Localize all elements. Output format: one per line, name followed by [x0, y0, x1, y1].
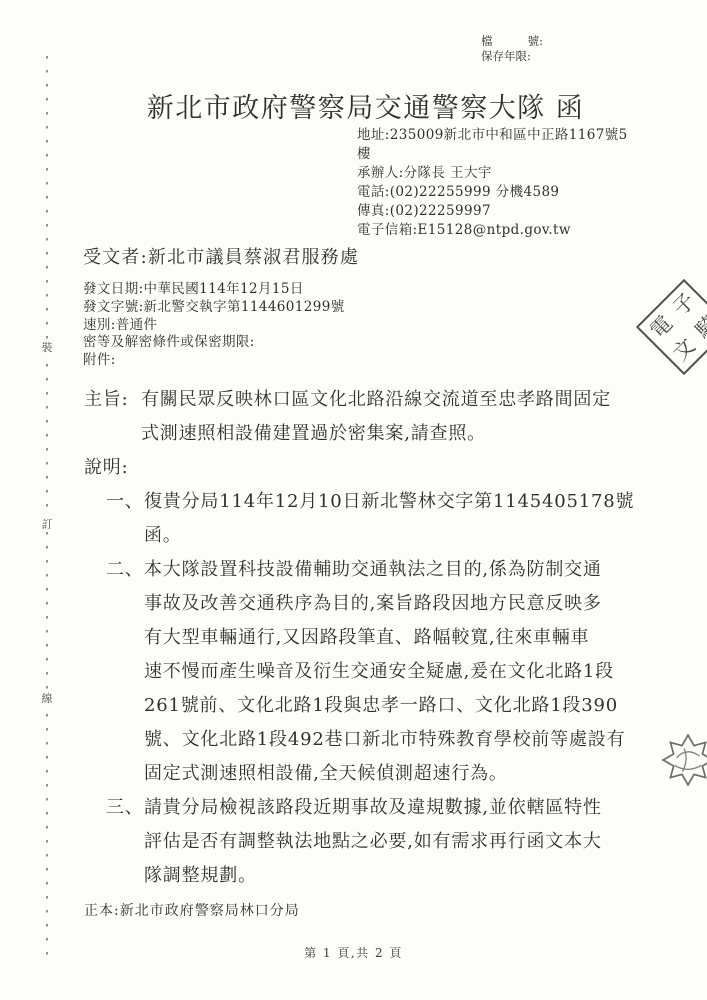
official-letter-page: 檔 號: 保存年限: 新北市政府警察局交通警察大隊 函 地址:235009新北市… [0, 0, 707, 1000]
item-lines: 請貴分局檢視該路段近期事故及違規數據,並依轄區特性評估是否有調整執法地點之必要,… [144, 791, 602, 893]
stamp-character: 子 [669, 290, 699, 320]
item-line: 有大型車輛通行,又因路段筆直、路幅較寬,往來車輛車 [144, 621, 625, 655]
item-line: 評估是否有調整執法地點之必要,如有需求再行函文本大 [144, 825, 602, 859]
item-line: 號、文化北路1段492巷口新北市特殊教育學校前等處設有 [144, 723, 625, 757]
stamp-character: 騎 [692, 312, 707, 342]
seal-inner-pattern [675, 748, 701, 771]
item-number: 一、 [106, 485, 144, 519]
sender-address-line2: 樓 [357, 145, 628, 164]
file-number-colon: 號: [528, 34, 543, 49]
subject-line: 有關民眾反映林口區文化北路沿線交流道至忠孝路間固定 [141, 383, 611, 417]
item-line: 隊調整規劃。 [144, 859, 602, 893]
security-class: 密等及解密條件或保密期限: [83, 334, 345, 352]
explanation-items: 一、復貴分局114年12月10日新北警林交字第1145405178號函。二、本大… [84, 485, 664, 893]
item-line: 本大隊設置科技設備輔助交通執法之目的,係為防制交通 [144, 553, 625, 587]
partial-official-seal [653, 724, 707, 796]
binding-mark-ding: 訂 [40, 518, 54, 531]
item-line: 261號前、文化北路1段與忠孝一路口、文化北路1段390 [144, 689, 625, 723]
item-number: 二、 [106, 553, 144, 587]
document-body: 主旨: 有關民眾反映林口區文化北路沿線交流道至忠孝路間固定式測速照相設備建置過於… [84, 383, 664, 893]
stamp-character: 電 [647, 312, 677, 342]
file-number-label: 檔 [481, 34, 493, 49]
stamp-character: 文 [669, 335, 699, 365]
sender-contact-person: 承辦人:分隊長 王大宇 [357, 164, 628, 183]
subject-lines: 有關民眾反映林口區文化北路沿線交流道至忠孝路間固定式測速照相設備建置過於密集案,… [141, 383, 611, 451]
item-line: 請貴分局檢視該路段近期事故及違規數據,並依轄區特性 [144, 791, 602, 825]
binding-dotted-line [46, 56, 48, 962]
retention-period-label: 保存年限: [481, 49, 543, 64]
sender-contact-block: 地址:235009新北市中和區中正路1167號5 樓 承辦人:分隊長 王大宇 電… [357, 126, 628, 240]
item-line: 固定式測速照相設備,全天候偵測超速行為。 [144, 757, 625, 791]
speed-class: 速別:普通件 [83, 317, 345, 335]
explanation-label: 說明: [84, 451, 664, 485]
electronic-exchange-stamp: 電子文騎 [636, 279, 707, 375]
item-number: 三、 [106, 791, 144, 825]
item-lines: 復貴分局114年12月10日新北警林交字第1145405178號函。 [144, 485, 634, 553]
document-title: 新北市政府警察局交通警察大隊 函 [24, 86, 707, 125]
sender-fax: 傳真:(02)22259997 [357, 202, 628, 221]
issue-date: 發文日期:中華民國114年12月15日 [83, 281, 345, 299]
copy-to-line: 正本:新北市政府警察局林口分局 [84, 900, 300, 920]
page-number-footer: 第 1 頁,共 2 頁 [0, 944, 707, 961]
item-line: 速不慢而產生噪音及衍生交通安全疑慮,爰在文化北路1段 [144, 655, 625, 689]
item-lines: 本大隊設置科技設備輔助交通執法之目的,係為防制交通事故及改善交通秩序為目的,案旨… [144, 553, 625, 791]
subject-section: 主旨: 有關民眾反映林口區文化北路沿線交流道至忠孝路間固定式測速照相設備建置過於… [84, 383, 664, 451]
item-line: 復貴分局114年12月10日新北警林交字第1145405178號 [144, 485, 634, 519]
subject-line: 式測速照相設備建置過於密集案,請查照。 [141, 417, 611, 451]
document-meta-block: 發文日期:中華民國114年12月15日 發文字號:新北警交執字第11446012… [83, 281, 345, 370]
attachment-label: 附件: [83, 352, 345, 370]
file-number-block: 檔 號: 保存年限: [481, 34, 543, 64]
subject-label: 主旨: [84, 383, 141, 417]
binding-mark-zhuang: 裝 [40, 341, 54, 354]
item-line: 函。 [144, 519, 634, 553]
sender-phone: 電話:(02)22255999 分機4589 [357, 183, 628, 202]
explanation-item: 一、復貴分局114年12月10日新北警林交字第1145405178號函。 [84, 485, 664, 553]
file-number-row: 檔 號: [481, 34, 543, 49]
sender-email: 電子信箱:E15128@ntpd.gov.tw [357, 221, 628, 240]
seal-outline [663, 735, 707, 785]
binding-mark-xian: 線 [40, 692, 54, 705]
item-line: 事故及改善交通秩序為目的,案旨路段因地方民意反映多 [144, 587, 625, 621]
document-number: 發文字號:新北警交執字第1144601299號 [83, 299, 345, 317]
recipient-line: 受文者:新北市議員蔡淑君服務處 [83, 243, 359, 269]
explanation-item: 三、請貴分局檢視該路段近期事故及違規數據,並依轄區特性評估是否有調整執法地點之必… [84, 791, 664, 893]
explanation-item: 二、本大隊設置科技設備輔助交通執法之目的,係為防制交通事故及改善交通秩序為目的,… [84, 553, 664, 791]
sender-address-line1: 地址:235009新北市中和區中正路1167號5 [357, 126, 628, 145]
